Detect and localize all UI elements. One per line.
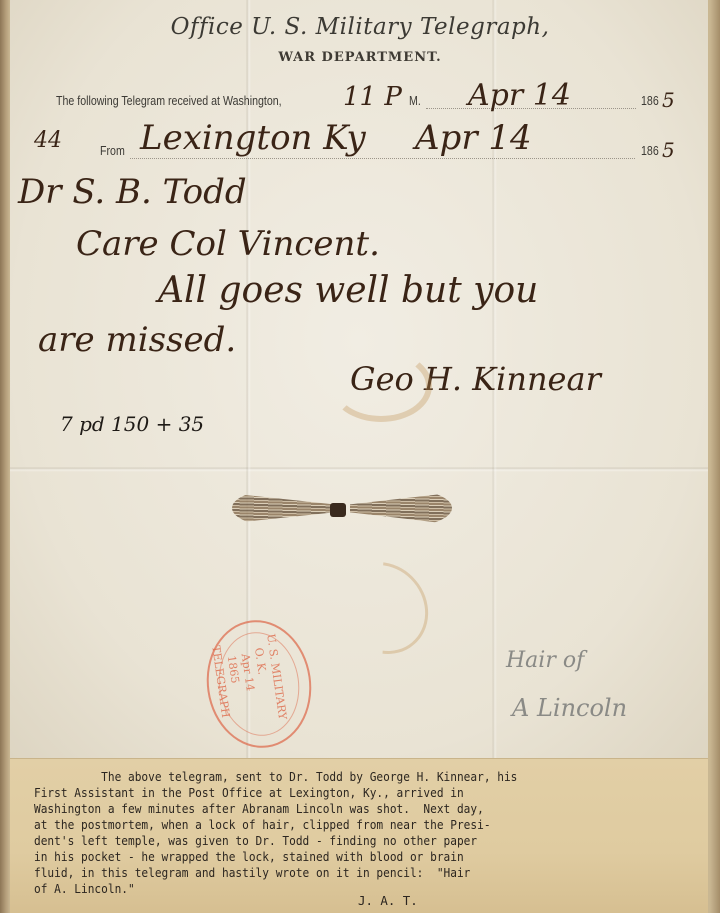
received-year-printed: 186 <box>641 94 659 108</box>
from-label: From <box>100 144 125 158</box>
from-dotline <box>130 158 635 159</box>
hair-lock-right <box>350 490 452 526</box>
hair-lock-left <box>232 490 334 526</box>
letterhead-department: WAR DEPARTMENT. <box>0 50 720 65</box>
caption-line: at the postmortem, when a lock of hair, … <box>34 817 491 832</box>
hair-lock-tie <box>330 503 346 517</box>
received-time: 11 P <box>343 82 402 112</box>
caption-line: Washington a few minutes after Abranam L… <box>34 801 484 816</box>
from-year-digit: 5 <box>662 138 675 162</box>
pencil-note-line-2: A Lincoln <box>512 694 627 722</box>
caption-line: First Assistant in the Post Office at Le… <box>34 785 464 800</box>
typed-caption-panel: The above telegram, sent to Dr. Todd by … <box>10 758 708 913</box>
caption-line: dent's left temple, was given to Dr. Tod… <box>34 833 477 848</box>
caption-initials: J. A. T. <box>358 893 418 908</box>
received-year-digit: 5 <box>662 88 675 112</box>
from-location: Lexington Ky <box>140 118 366 158</box>
care-of: Care Col Vincent. <box>76 224 380 264</box>
notation: 7 pd 150 + 35 <box>60 412 204 436</box>
meridiem-label: M. <box>409 94 421 108</box>
letterhead-title: Office U. S. Military Telegraph, <box>0 14 720 40</box>
caption-line: of A. Lincoln." <box>34 881 135 896</box>
addressee: Dr S. B. Todd <box>18 172 247 212</box>
caption-line: The above telegram, sent to Dr. Todd by … <box>34 769 517 784</box>
stain-mark <box>330 350 432 422</box>
message-line-1: All goes well but you <box>158 270 538 311</box>
from-year-printed: 186 <box>641 144 659 158</box>
received-label: The following Telegram received at Washi… <box>56 94 282 108</box>
received-date: Apr 14 <box>468 78 571 113</box>
caption-line: in his pocket - he wrapped the lock, sta… <box>34 849 464 864</box>
message-line-2: are missed. <box>38 320 236 360</box>
from-date: Apr 14 <box>415 118 532 158</box>
caption-line: fluid, in this telegram and hastily wrot… <box>34 865 470 880</box>
pencil-note-line-1: Hair of <box>506 648 584 673</box>
caption-text: The above telegram, sent to Dr. Todd by … <box>34 769 637 897</box>
sheet-number: 44 <box>34 128 62 153</box>
hair-lock <box>232 482 452 538</box>
